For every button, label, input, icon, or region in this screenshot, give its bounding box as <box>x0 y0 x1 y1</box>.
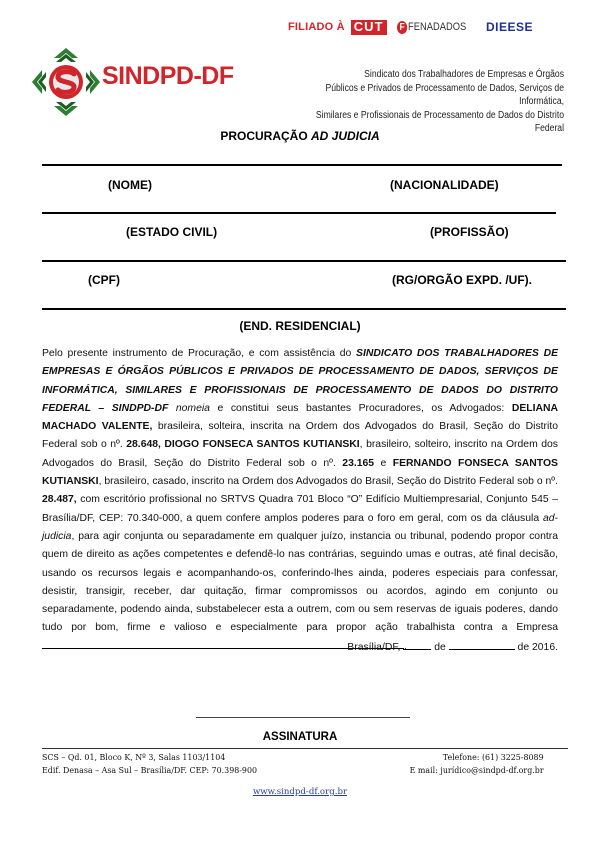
fenadados-mark-icon: F <box>397 21 407 34</box>
affiliation-bar: FILIADO À CUT FFENADADOS DIEESE <box>288 19 533 35</box>
date-line: Brasília/DF, de de 2016. <box>347 641 558 653</box>
field-label-nacionalidade: (NACIONALIDADE) <box>390 178 499 192</box>
fenadados-logo: FFENADADOS <box>397 21 466 34</box>
body-text: Pelo presente instrumento de Procuração,… <box>42 348 356 359</box>
footer-contact: Telefone: (61) 3225-8089 E mail: jurídic… <box>410 752 544 778</box>
field-label-rg: (RG/ORGÃO EXPD. /UF). <box>392 273 532 287</box>
website-link[interactable]: www.sindpd-df.org.br <box>0 787 600 797</box>
body-text: e <box>374 458 393 469</box>
body-text: , brasileiro, casado, inscrito na Ordem … <box>99 476 558 487</box>
union-description: Sindicato dos Trabalhadores de Empresas … <box>289 68 564 136</box>
month-blank-field[interactable] <box>449 641 515 650</box>
field-label-endereco: (END. RESIDENCIAL) <box>0 319 600 333</box>
union-description-line: Sindicato dos Trabalhadores de Empresas … <box>289 68 564 82</box>
estado-civil-line[interactable] <box>42 212 556 214</box>
endereco-line[interactable] <box>42 308 566 310</box>
union-description-line: Públicos e Privados de Processamento de … <box>289 82 564 109</box>
day-blank-field[interactable] <box>403 641 431 650</box>
field-label-estado-civil: (ESTADO CIVIL) <box>126 225 217 239</box>
email-text: E mail: jurídico@sindpd-df.org.br <box>410 765 544 778</box>
affiliation-label: FILIADO À <box>288 21 345 33</box>
field-label-cpf: (CPF) <box>88 273 120 287</box>
footer-address: SCS – Qd. 01, Bloco K, Nº 3, Salas 1103/… <box>42 752 257 778</box>
date-city: Brasília/DF, <box>347 642 403 653</box>
body-text: , para agir conjunta ou separadamente em… <box>42 531 558 633</box>
signature-line[interactable] <box>196 717 410 718</box>
footer-divider <box>42 748 568 749</box>
cut-logo: CUT <box>351 20 387 35</box>
phone-text: Telefone: (61) 3225-8089 <box>410 752 544 765</box>
sindpd-logo-icon <box>30 46 102 118</box>
title-italic: AD JUDICIA <box>311 129 380 143</box>
address-line: SCS – Qd. 01, Bloco K, Nº 3, Salas 1103/… <box>42 752 257 765</box>
address-line: Edif. Denasa – Asa Sul – Brasília/DF. CE… <box>42 765 257 778</box>
dieese-logo: DIEESE <box>486 20 533 34</box>
document-title: PROCURAÇÃO AD JUDICIA <box>0 129 600 143</box>
signature-label: ASSINATURA <box>0 731 600 743</box>
title-regular: PROCURAÇÃO <box>220 129 311 143</box>
fenadados-text: FENADADOS <box>408 21 466 33</box>
cpf-line[interactable] <box>42 260 566 262</box>
lawyer-name: 28.648, DIOGO FONSECA SANTOS KUTIANSKI <box>126 439 359 450</box>
oab-number: 23.165 <box>342 458 374 469</box>
nome-line[interactable] <box>42 164 562 166</box>
procuracao-body: Pelo presente instrumento de Procuração,… <box>42 345 558 656</box>
body-text: com escritório profissional no SRTVS Qua… <box>42 494 558 523</box>
body-text: e constitui seus bastantes Procuradores,… <box>210 403 512 414</box>
date-text: de 2016. <box>515 642 558 653</box>
field-label-profissao: (PROFISSÃO) <box>430 225 509 239</box>
oab-number: 28.487, <box>42 494 77 505</box>
body-text: nomeia <box>168 403 210 414</box>
date-text: de <box>431 642 448 653</box>
brand-name: SINDPD-DF <box>102 62 234 91</box>
field-label-nome: (NOME) <box>108 178 152 192</box>
